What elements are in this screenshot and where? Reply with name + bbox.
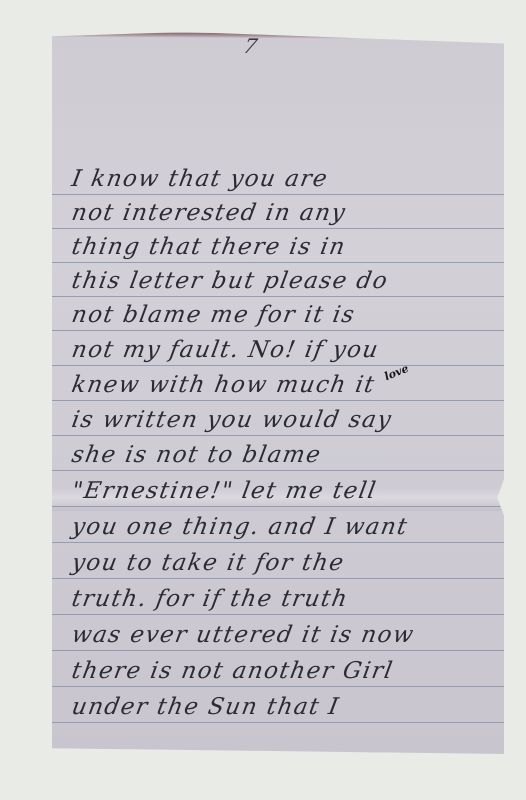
letter-line-8: is written you would say xyxy=(70,407,395,433)
ruled-line xyxy=(52,365,504,366)
letter-line-12: you to take it for the xyxy=(70,550,347,576)
ruled-line xyxy=(52,542,504,543)
page-top-edge xyxy=(52,32,504,40)
letter-line-7: knew with how much it xyxy=(70,372,378,398)
letter-line-3: thing that there is in xyxy=(70,234,348,260)
ruled-line xyxy=(52,578,504,579)
letter-line-1: I know that you are xyxy=(70,166,331,192)
ruled-line xyxy=(52,650,504,651)
letter-line-15: there is not another Girl xyxy=(70,658,396,684)
ruled-line xyxy=(52,470,504,471)
letter-line-4: this letter but please do xyxy=(70,268,391,294)
ruled-line xyxy=(52,330,504,331)
letter-line-6: not my fault. No! if you xyxy=(70,337,382,363)
ruled-line xyxy=(52,194,504,195)
ruled-line xyxy=(52,614,504,615)
letter-line-5: not blame me for it is xyxy=(70,302,358,328)
letter-line-13: truth. for if the truth xyxy=(70,586,351,612)
letter-page: 7 I know that you are not interested in … xyxy=(52,32,504,754)
ruled-line xyxy=(52,722,504,723)
ruled-line xyxy=(52,400,504,401)
letter-line-16: under the Sun that I xyxy=(70,694,342,720)
letter-line-11: you one thing. and I want xyxy=(70,514,411,540)
ruled-line xyxy=(52,686,504,687)
ruled-line xyxy=(52,228,504,229)
ruled-line xyxy=(52,435,504,436)
letter-line-2: not interested in any xyxy=(70,200,349,226)
ruled-line xyxy=(52,262,504,263)
ruled-line xyxy=(52,506,504,507)
ruled-line xyxy=(52,296,504,297)
letter-line-14: was ever uttered it is now xyxy=(70,622,417,648)
letter-line-10: "Ernestine!" let me tell xyxy=(70,478,379,504)
letter-line-9: she is not to blame xyxy=(70,442,324,468)
